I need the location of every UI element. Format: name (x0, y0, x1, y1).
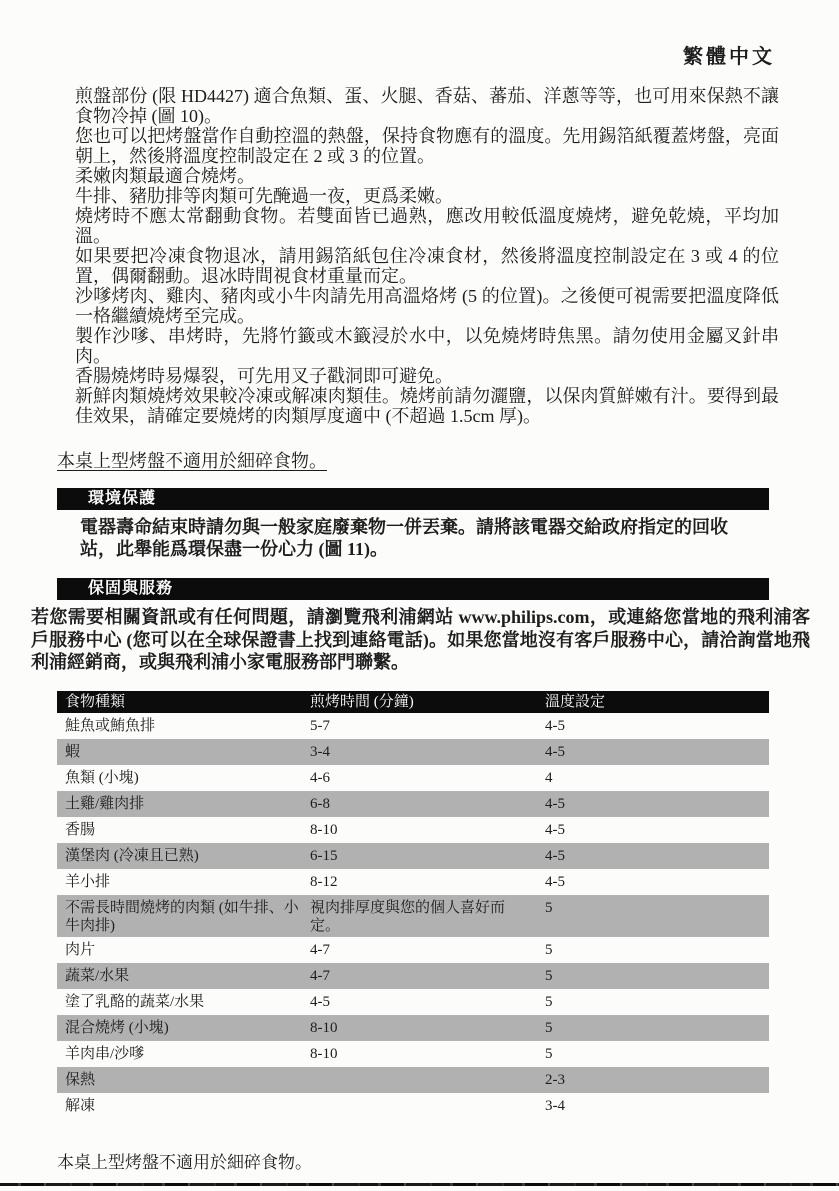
table-cell: 8-10 (302, 1015, 515, 1041)
table-footnote: 本桌上型烤盤不適用於細碎食物。 (57, 1148, 312, 1173)
table-cell: 漢堡肉 (冷凍且已熟) (57, 843, 302, 869)
table-cell: 5 (537, 1015, 769, 1041)
tip-paragraph: 如果要把冷凍食物退冰，請用錫箔紙包住冷凍食材，然後將溫度控制設定在 3 或 4 … (75, 246, 779, 286)
table-cell: 5 (537, 895, 769, 937)
table-cell: 5 (537, 1041, 769, 1067)
table-cell: 8-12 (302, 869, 515, 895)
table-row: 混合燒烤 (小塊)8-105 (57, 1015, 769, 1041)
table-cell: 8-10 (302, 817, 515, 843)
table-cell: 6-15 (302, 843, 515, 869)
table-cell: 魚類 (小塊) (57, 765, 302, 791)
section-header-warranty: 保固與服務 (57, 578, 769, 600)
table-cell: 4-5 (302, 989, 515, 1015)
table-cell: 4-5 (537, 713, 769, 739)
table-row: 羊肉串/沙嗲8-105 (57, 1041, 769, 1067)
section-header-environment: 環境保護 (57, 488, 769, 510)
table-cell: 5 (537, 963, 769, 989)
table-cell: 4 (537, 765, 769, 791)
table-cell: 解凍 (57, 1093, 302, 1119)
table-cell: 3-4 (537, 1093, 769, 1119)
tip-paragraph: 燒烤時不應太常翻動食物。若雙面皆已過熟，應改用較低溫度燒烤，避免乾燒，平均加溫。 (75, 206, 779, 246)
table-cell (302, 1067, 515, 1093)
table-row: 保熱2-3 (57, 1067, 769, 1093)
table-cell: 3-4 (302, 739, 515, 765)
table-cell: 8-10 (302, 1041, 515, 1067)
table-row: 羊小排8-124-5 (57, 869, 769, 895)
tip-paragraph: 煎盤部份 (限 HD4427) 適合魚類、蛋、火腿、香菇、蕃茄、洋蔥等等，也可用… (75, 86, 779, 126)
table-cell: 視肉排厚度與您的個人喜好而定。 (302, 895, 515, 937)
table-cell: 土雞/雞肉排 (57, 791, 302, 817)
tip-paragraph: 牛排、豬肋排等肉類可先醃過一夜，更爲柔嫩。 (75, 186, 779, 206)
tip-paragraph: 製作沙嗲、串烤時，先將竹籤或木籤浸於水中，以免燒烤時焦黑。請勿使用金屬叉針串肉。 (75, 326, 779, 366)
table-cell: 5 (537, 937, 769, 963)
table-body: 鮭魚或鮪魚排5-74-5蝦3-44-5魚類 (小塊)4-64土雞/雞肉排6-84… (57, 713, 769, 1119)
table-row: 土雞/雞肉排6-84-5 (57, 791, 769, 817)
table-cell: 肉片 (57, 937, 302, 963)
table-header-row: 食物種類煎烤時間 (分鐘)溫度設定 (57, 691, 769, 713)
table-row: 不需長時間燒烤的肉類 (如牛排、小牛肉排)視肉排厚度與您的個人喜好而定。5 (57, 895, 769, 937)
table-row: 漢堡肉 (冷凍且已熟)6-154-5 (57, 843, 769, 869)
table-cell: 混合燒烤 (小塊) (57, 1015, 302, 1041)
table-cell: 5 (537, 989, 769, 1015)
tips-list: 煎盤部份 (限 HD4427) 適合魚類、蛋、火腿、香菇、蕃茄、洋蔥等等，也可用… (75, 86, 779, 426)
table-cell: 6-8 (302, 791, 515, 817)
tip-paragraph: 您也可以把烤盤當作自動控溫的熱盤，保持食物應有的溫度。先用錫箔紙覆蓋烤盤，亮面朝… (75, 126, 779, 166)
table-cell: 4-7 (302, 937, 515, 963)
table-cell: 羊肉串/沙嗲 (57, 1041, 302, 1067)
table-cell: 4-5 (537, 869, 769, 895)
table-row: 塗了乳酪的蔬菜/水果4-55 (57, 989, 769, 1015)
table-cell: 4-6 (302, 765, 515, 791)
table-cell: 香腸 (57, 817, 302, 843)
table-header-cell: 食物種類 (57, 691, 302, 713)
manual-page: 繁體中文 煎盤部份 (限 HD4427) 適合魚類、蛋、火腿、香菇、蕃茄、洋蔥等… (0, 0, 839, 1191)
table-header-cell: 煎烤時間 (分鐘) (302, 691, 515, 713)
underlined-note: 本桌上型烤盤不適用於細碎食物。 (57, 447, 327, 473)
tip-paragraph: 柔嫩肉類最適合燒烤。 (75, 166, 779, 186)
grilling-times-table: 食物種類煎烤時間 (分鐘)溫度設定 鮭魚或鮪魚排5-74-5蝦3-44-5魚類 … (57, 691, 769, 1119)
table-row: 解凍3-4 (57, 1093, 769, 1119)
table-cell: 4-5 (537, 791, 769, 817)
table-cell: 蔬菜/水果 (57, 963, 302, 989)
table-cell: 不需長時間燒烤的肉類 (如牛排、小牛肉排) (57, 895, 302, 937)
tip-paragraph: 新鮮肉類燒烤效果較冷凍或解凍肉類佳。燒烤前請勿灑鹽，以保肉質鮮嫩有汁。要得到最佳… (75, 386, 779, 426)
table-cell: 4-5 (537, 843, 769, 869)
tip-paragraph: 沙嗲烤肉、雞肉、豬肉或小牛肉請先用高溫烙烤 (5 的位置)。之後便可視需要把溫度… (75, 286, 779, 326)
table-row: 魚類 (小塊)4-64 (57, 765, 769, 791)
table-cell: 鮭魚或鮪魚排 (57, 713, 302, 739)
table-row: 鮭魚或鮪魚排5-74-5 (57, 713, 769, 739)
scan-edge-artifact (0, 1183, 839, 1186)
table-row: 蝦3-44-5 (57, 739, 769, 765)
table-cell (302, 1093, 515, 1119)
table-row: 香腸8-104-5 (57, 817, 769, 843)
table-cell: 蝦 (57, 739, 302, 765)
table-header-cell: 溫度設定 (537, 691, 769, 713)
environment-section-body: 電器壽命結束時請勿與一般家庭廢棄物一併丟棄。請將該電器交給政府指定的回收站，此舉… (80, 516, 728, 560)
tip-paragraph: 香腸燒烤時易爆裂，可先用叉子戳洞即可避免。 (75, 366, 779, 386)
table-cell: 保熱 (57, 1067, 302, 1093)
table-cell: 羊小排 (57, 869, 302, 895)
table-cell: 2-3 (537, 1067, 769, 1093)
warranty-section-body: 若您需要相關資訊或有任何問題，請瀏覽飛利浦網站 www.philips.com，… (31, 606, 810, 674)
table-cell: 4-5 (537, 817, 769, 843)
table-cell: 塗了乳酪的蔬菜/水果 (57, 989, 302, 1015)
table-cell: 4-5 (537, 739, 769, 765)
table-cell: 5-7 (302, 713, 515, 739)
table-row: 肉片4-75 (57, 937, 769, 963)
table-cell: 4-7 (302, 963, 515, 989)
language-header: 繁體中文 (683, 40, 775, 69)
table-row: 蔬菜/水果4-75 (57, 963, 769, 989)
